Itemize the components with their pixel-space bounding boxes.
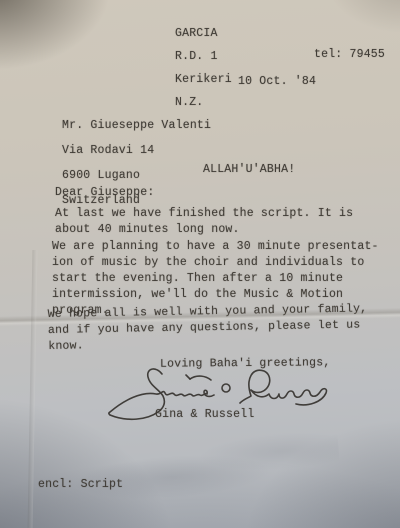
sender-address-line: R.D. 1 — [175, 51, 232, 63]
sender-address-line: Kerikeri — [175, 74, 232, 86]
body-paragraph: At last we have finished the script. It … — [55, 206, 389, 238]
tel-number: tel: 79455 — [314, 47, 385, 63]
date-line: 10 Oct. '84 — [238, 74, 316, 90]
signature-scribble — [100, 364, 350, 434]
recipient-address: Mr. Giueseppe Valenti Via Rodavi 14 6900… — [62, 107, 211, 220]
recipient-name: Mr. Giueseppe Valenti — [62, 120, 211, 133]
sender-address: GARCIA R.D. 1 Kerikeri N.Z. — [175, 16, 232, 120]
recipient-address-line: 6900 Lugano — [62, 170, 211, 183]
invocation-line: ALLAH'U'ABHA! — [203, 162, 295, 178]
recipient-address-line: Via Rodavi 14 — [62, 145, 211, 158]
sender-name: GARCIA — [175, 28, 232, 40]
body-paragraph: We hope all is well with you and your fa… — [48, 301, 393, 355]
paper-wrinkle-shading — [57, 420, 343, 528]
fold-crease-vertical — [28, 250, 38, 528]
signature-typed: Gina & Russell — [155, 407, 254, 423]
salutation-line: Dear Giuseppe: — [55, 185, 154, 201]
letter-scan: GARCIA R.D. 1 Kerikeri N.Z. tel: 79455 1… — [0, 0, 400, 528]
enclosure-note: encl: Script — [38, 477, 123, 493]
